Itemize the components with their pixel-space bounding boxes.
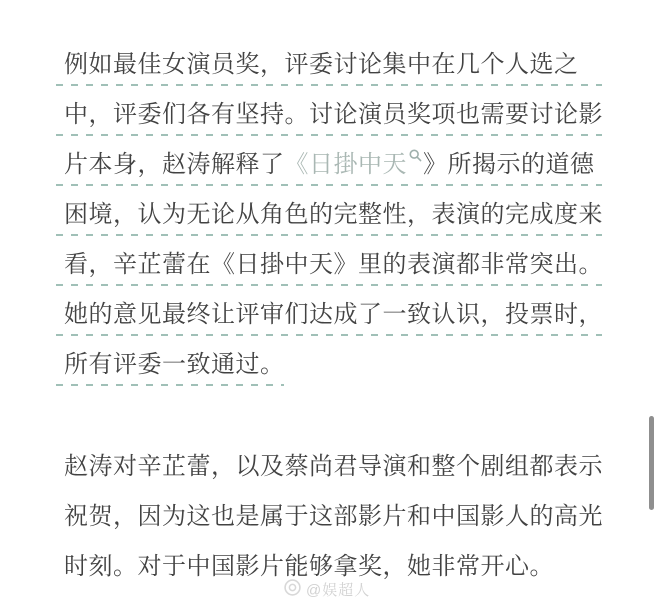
- paragraph-2: 赵涛对辛芷蕾，以及蔡尚君导演和整个剧组都表示 祝贺，因为这也是属于这部影片和中国…: [64, 442, 600, 592]
- line-text: 》: [423, 151, 448, 178]
- paragraph-line: 中，评委们各有坚持。讨论演员奖项也需要讨论影: [64, 90, 600, 140]
- paragraph-line: 例如最佳女演员奖，评委讨论集中在几个人选之: [64, 40, 600, 90]
- search-icon[interactable]: [409, 149, 422, 162]
- line-text: 时刻。对于中国影片能够拿奖，她非常开心。: [64, 553, 554, 580]
- line-text: 例如最佳女演员奖，评委讨论集中在几个人选之: [64, 51, 579, 78]
- line-text: 她的意见最终让评审们达成了一致认识，投票时，: [64, 301, 603, 328]
- camera-icon: [284, 579, 301, 600]
- line-text: 祝贺，因为这也是属于这部影片和中国影人的高光: [64, 503, 603, 530]
- line-text: 看，辛芷蕾在《日掛中天》里的表演都非常突出。: [64, 251, 603, 278]
- article-page: 例如最佳女演员奖，评委讨论集中在几个人选之 中，评委们各有坚持。讨论演员奖项也需…: [0, 0, 660, 602]
- line-text: 片本身，赵涛解释了: [64, 151, 285, 178]
- film-title-search-link[interactable]: 《日掛中天: [285, 151, 408, 178]
- watermark-text: @娱超人: [306, 579, 370, 600]
- paragraph-1: 例如最佳女演员奖，评委讨论集中在几个人选之 中，评委们各有坚持。讨论演员奖项也需…: [64, 40, 600, 390]
- paragraph-line: 所有评委一致通过。: [64, 340, 600, 390]
- watermark: @娱超人: [284, 579, 370, 600]
- paragraph-line: 困境，认为无论从角色的完整性，表演的完成度来: [64, 190, 600, 240]
- paragraph-line: 祝贺，因为这也是属于这部影片和中国影人的高光: [64, 492, 600, 542]
- scrollbar-thumb[interactable]: [649, 416, 654, 510]
- line-text: 中，评委们各有坚持。讨论演员奖项也需要讨论影: [64, 101, 603, 128]
- line-text: 所揭示的道德: [448, 151, 595, 178]
- line-text: 赵涛对辛芷蕾，以及蔡尚君导演和整个剧组都表示: [64, 453, 603, 480]
- paragraph-line: 她的意见最终让评审们达成了一致认识，投票时，: [64, 290, 600, 340]
- paragraph-line: 片本身，赵涛解释了《日掛中天》所揭示的道德: [64, 140, 600, 190]
- line-text: 困境，认为无论从角色的完整性，表演的完成度来: [64, 201, 603, 228]
- line-text: 所有评委一致通过。: [64, 351, 285, 378]
- paragraph-line: 赵涛对辛芷蕾，以及蔡尚君导演和整个剧组都表示: [64, 442, 600, 492]
- paragraph-line: 看，辛芷蕾在《日掛中天》里的表演都非常突出。: [64, 240, 600, 290]
- article-text: 例如最佳女演员奖，评委讨论集中在几个人选之 中，评委们各有坚持。讨论演员奖项也需…: [64, 40, 600, 592]
